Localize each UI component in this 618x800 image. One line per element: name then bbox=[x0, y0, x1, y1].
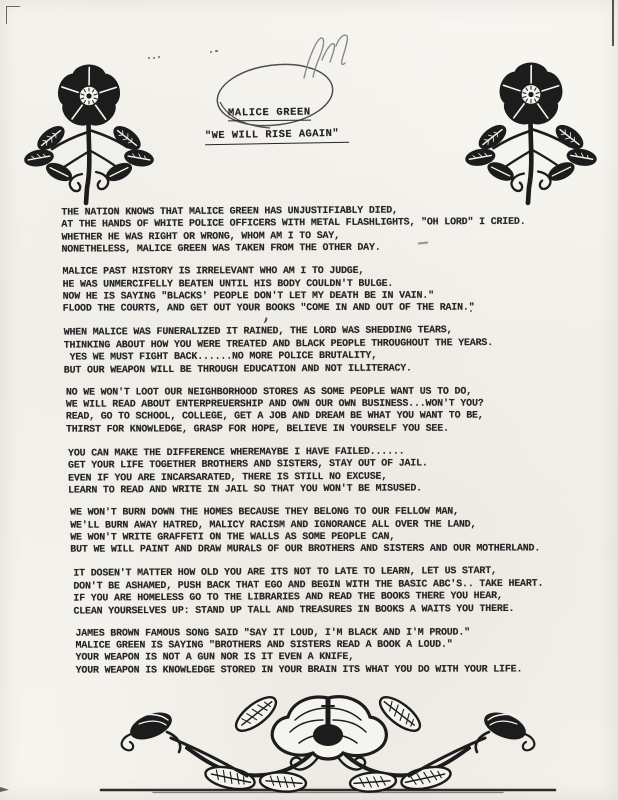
ink-speck bbox=[148, 57, 150, 59]
scan-edge-mark bbox=[612, 0, 614, 46]
poem-line: YOUR WEAPON IS KNOWLEDGE STORED IN YOUR … bbox=[76, 664, 593, 678]
ink-speck bbox=[215, 50, 218, 52]
ink-speck bbox=[210, 51, 212, 53]
poem-line: THIRST FOR KNOWLEDGE, GRASP FOR HOPE, BE… bbox=[66, 423, 592, 437]
scan-edge-mark bbox=[0, 787, 9, 792]
poem-line: BUT WE WILL PAINT AND DRAW MURALS OF OUR… bbox=[70, 544, 592, 558]
stanza-5: YOU CAN MAKE THE DIFFERENCE WHEREMAYBE I… bbox=[68, 446, 592, 497]
stanza-4: NO WE WON'T LOOT OUR NEIGHBORHOOD STORES… bbox=[66, 386, 592, 437]
rose-illustration-right bbox=[467, 58, 595, 208]
rose-illustration-left bbox=[26, 60, 152, 208]
poem-line: CLEAN YOURSELVES UP: STAND UP TALL AND T… bbox=[73, 603, 592, 619]
scan-edge-mark bbox=[6, 6, 20, 24]
poem-body: THE NATION KNOWS THAT MALICE GREEN HAS U… bbox=[61, 205, 592, 688]
poem-line: NONETHELESS, MALICE GREEN WAS TAKEN FROM… bbox=[61, 242, 591, 258]
signature-scribble bbox=[300, 30, 372, 82]
poem-line: FLOOD THE COURTS, AND GET OUT YOUR BOOKS… bbox=[63, 303, 592, 317]
ink-speck bbox=[158, 56, 160, 58]
scanned-document-page: MALICE GREEN "WE WILL RISE AGAIN" THE NA… bbox=[0, 0, 618, 800]
floral-border-bottom bbox=[93, 690, 563, 796]
poem-line: LEARN TO READ AND WRITE IN JAIL SO THAT … bbox=[68, 482, 592, 498]
stanza-3: WHEN MALICE WAS FUNERALIZED IT RAINED, T… bbox=[64, 326, 592, 377]
stanza-1: THE NATION KNOWS THAT MALICE GREEN HAS U… bbox=[61, 205, 591, 256]
document-title: MALICE GREEN bbox=[228, 107, 311, 122]
stanza-2: MALICE PAST HISTORY IS IRRELEVANT WHO AM… bbox=[63, 266, 592, 317]
stanza-7: IT DOSEN'T MATTER HOW OLD YOU ARE ITS NO… bbox=[73, 567, 592, 618]
stanza-6: WE WON'T BURN DOWN THE HOMES BECAUSE THE… bbox=[70, 506, 592, 557]
poem-line: BUT OUR WEAPON WILL BE THROUGH EDUCATION… bbox=[64, 362, 592, 378]
document-subtitle: "WE WILL RISE AGAIN" bbox=[205, 128, 349, 146]
stanza-8: JAMES BROWN FAMOUS SONG SAID "SAY IT LOU… bbox=[75, 627, 592, 678]
ink-speck bbox=[153, 57, 155, 59]
